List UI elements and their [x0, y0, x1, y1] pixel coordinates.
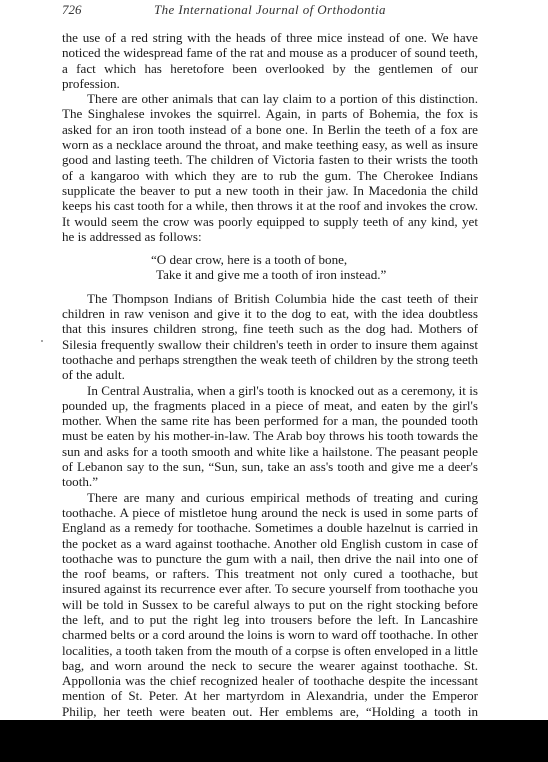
verse-quotation: “O dear crow, here is a tooth of bone, T…: [62, 252, 478, 283]
verse-line-2: Take it and give me a tooth of iron inst…: [151, 267, 478, 282]
scan-speck: [41, 340, 43, 342]
paragraph-1: the use of a red string with the heads o…: [62, 30, 478, 91]
paragraph-5: There are many and curious empirical met…: [62, 490, 478, 720]
paragraph-2: There are other animals that can lay cla…: [62, 91, 478, 244]
paragraph-3: The Thompson Indians of British Columbia…: [62, 291, 478, 383]
black-bottom-band: [0, 720, 548, 762]
running-title: The International Journal of Orthodontia: [62, 2, 478, 18]
body-text: the use of a red string with the heads o…: [62, 30, 478, 720]
document-page: 726 The International Journal of Orthodo…: [0, 0, 548, 720]
page-header: 726 The International Journal of Orthodo…: [62, 2, 478, 20]
verse-line-1: “O dear crow, here is a tooth of bone,: [151, 252, 478, 267]
paragraph-4: In Central Australia, when a girl's toot…: [62, 383, 478, 490]
